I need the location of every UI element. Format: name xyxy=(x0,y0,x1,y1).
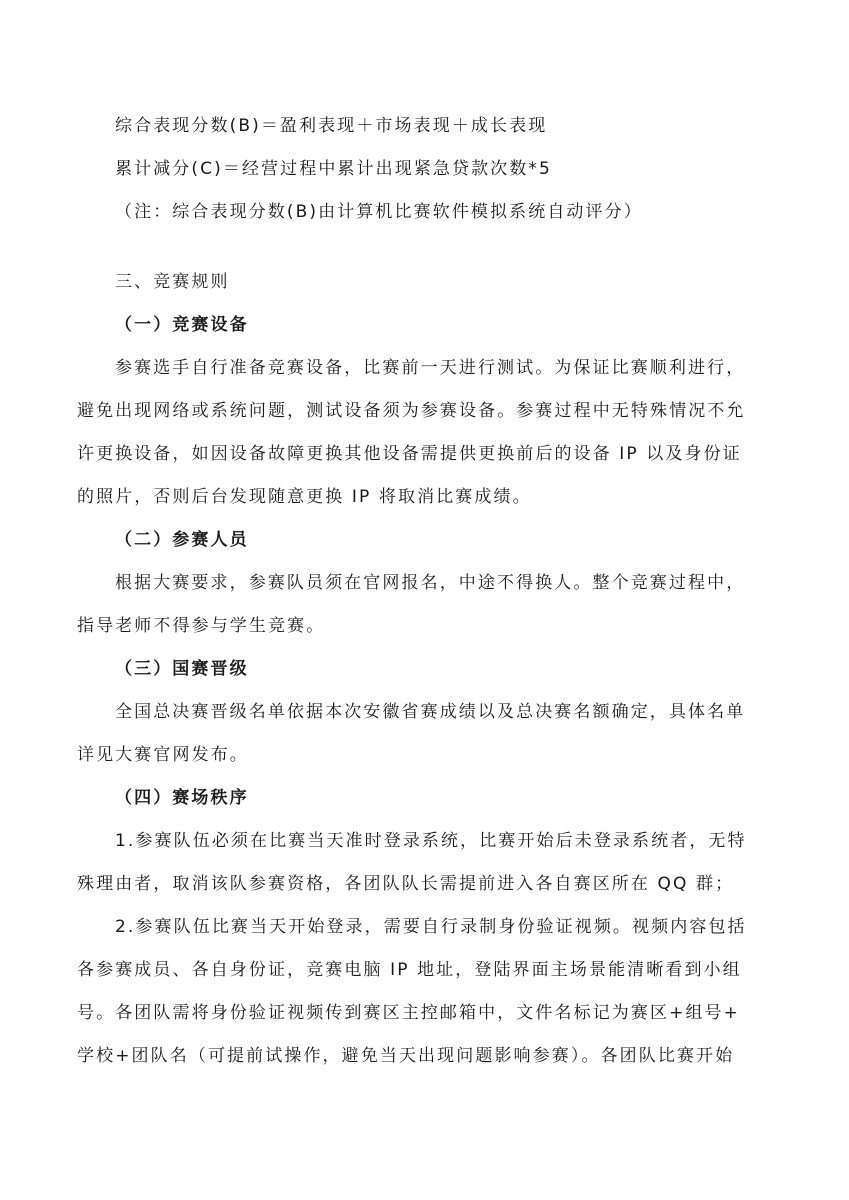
formula-line-b: 综合表现分数(B)＝盈利表现＋市场表现＋成长表现 xyxy=(115,114,547,138)
paragraph-line: 的照片，否则后台发现随意更换 IP 将取消比赛成绩。 xyxy=(77,485,532,509)
section-title: 三、竞赛规则 xyxy=(115,270,230,294)
paragraph-line: 许更换设备，如因设备故障更换其他设备需提供更换前后的设备 IP 以及身份证 xyxy=(77,442,742,466)
paragraph-line: 参赛选手自行准备竞赛设备，比赛前一天进行测试。为保证比赛顺利进行， xyxy=(115,356,745,380)
subsection-heading-venue-order: （四）赛场秩序 xyxy=(115,786,249,810)
paragraph-line: 学校+团队名（可提前试操作，避免当天出现问题影响参赛）。各团队比赛开始 xyxy=(77,1044,734,1068)
paragraph-line: 各参赛成员、各自身份证，竞赛电脑 IP 地址，登陆界面主场景能清晰看到小组 xyxy=(77,958,742,982)
paragraph-line: 殊理由者，取消该队参赛资格，各团队队长需提前进入各自赛区所在 QQ 群； xyxy=(77,872,734,896)
subsection-heading-national-advancement: （三）国赛晋级 xyxy=(115,657,249,681)
paragraph-line: 全国总决赛晋级名单依据本次安徽省赛成绩以及总决赛名额确定，具体名单 xyxy=(115,700,745,724)
paragraph-line: 1.参赛队伍必须在比赛当天准时登录系统，比赛开始后未登录系统者，无特 xyxy=(115,829,747,853)
paragraph-line: 指导老师不得参与学生竞赛。 xyxy=(77,614,325,638)
formula-line-c: 累计减分(C)＝经营过程中累计出现紧急贷款次数*5 xyxy=(115,157,552,181)
paragraph-line: 号。各团队需将身份验证视频传到赛区主控邮箱中，文件名标记为赛区+组号+ xyxy=(77,1001,740,1025)
paragraph-line: 详见大赛官网发布。 xyxy=(77,743,249,767)
subsection-heading-equipment: （一）竞赛设备 xyxy=(115,313,249,337)
paragraph-line: 避免出现网络或系统问题，测试设备须为参赛设备。参赛过程中无特殊情况不允 xyxy=(77,399,746,423)
paragraph-line: 2.参赛队伍比赛当天开始登录，需要自行录制身份验证视频。视频内容包括 xyxy=(115,915,747,939)
formula-note: （注：综合表现分数(B)由计算机比赛软件模拟系统自动评分） xyxy=(115,200,643,224)
subsection-heading-participants: （二）参赛人员 xyxy=(115,528,249,552)
paragraph-line: 根据大赛要求，参赛队员须在官网报名，中途不得换人。整个竞赛过程中， xyxy=(115,571,745,595)
